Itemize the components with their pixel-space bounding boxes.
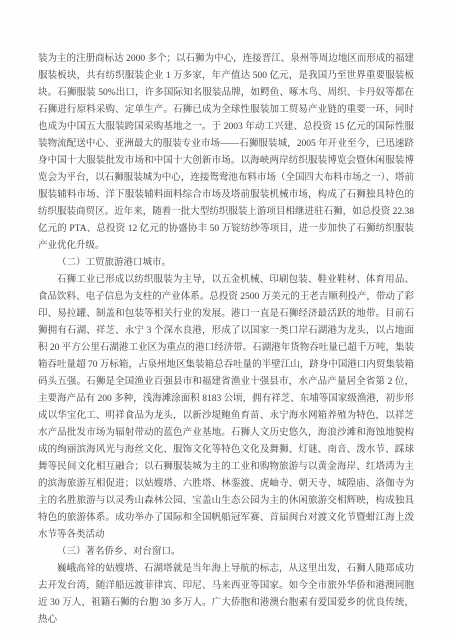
- document-text-block: 装为主的注册商标达 2000 多个；以石狮为中心，连接晋江、泉州等周边地区而形成…: [38, 51, 414, 629]
- paragraph-trade-tourism-port-city: 石狮工业已形成以纺织服装为主导，以五金机械、印刷包装、鞋业鞋材、体育用品、食品饮…: [38, 272, 414, 544]
- paragraph-overseas-chinese-taiwan-window: 巍峨高耸的姑嫂塔、石湖塔就是当年海上导航的标志，从这里出发，石狮人随郑成功去开发…: [38, 561, 414, 629]
- section-heading-overseas-chinese-taiwan-window: （三）著名侨乡、对台窗口。: [38, 544, 414, 561]
- section-heading-trade-tourism-port-city: （二）工贸旅游港口城市。: [38, 255, 414, 272]
- document-page: 装为主的注册商标达 2000 多个；以石狮为中心，连接晋江、泉州等周边地区而形成…: [0, 0, 450, 636]
- paragraph-continuation: 装为主的注册商标达 2000 多个；以石狮为中心，连接晋江、泉州等周边地区而形成…: [38, 51, 414, 255]
